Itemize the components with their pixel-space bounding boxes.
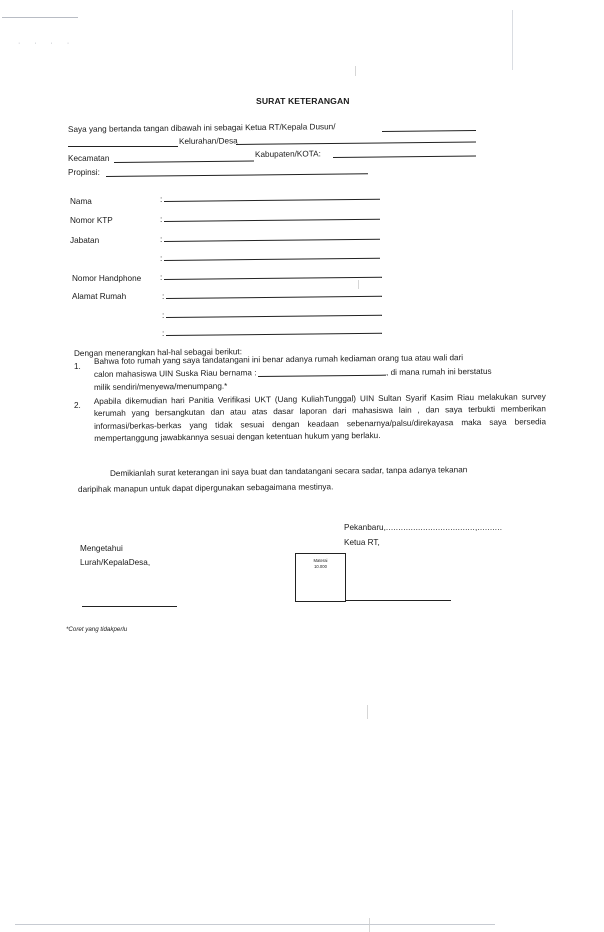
field-colon: :: [160, 194, 162, 207]
field-colon: :: [160, 253, 162, 266]
closing-line-2: daripihak manapun untuk dapat dipergunak…: [78, 481, 333, 496]
field-colon: :: [160, 272, 162, 285]
signature-right-role: Ketua RT,: [344, 537, 380, 550]
item-2-text: Apabila dikemudian hari Panitia Verifika…: [94, 391, 546, 445]
dusun-blank-cont[interactable]: [68, 146, 178, 147]
field-colon: :: [160, 214, 162, 227]
item-1-line-3: milik sendiri/menyewa/menumpang.*: [94, 381, 227, 395]
signature-left-line-1: Mengetahui: [80, 543, 123, 556]
field-colon: :: [162, 291, 164, 304]
propinsi-blank[interactable]: [106, 173, 368, 177]
scan-artifact-mark: [367, 705, 370, 719]
student-name-blank[interactable]: [258, 375, 386, 377]
closing-line-1: Demikianlah surat keterangan ini saya bu…: [110, 464, 467, 480]
scan-artifact-mark: [358, 280, 361, 289]
field-colon: :: [162, 310, 164, 323]
field-handphone-blank[interactable]: [164, 277, 382, 280]
dusun-blank[interactable]: [382, 130, 476, 132]
kabupaten-label: Kabupaten/KOTA:: [255, 148, 321, 161]
scanned-document-page: · · · · SURAT KETERANGAN Saya yang berta…: [0, 0, 604, 932]
materai-stamp-box: Materai 10.000: [295, 553, 346, 602]
item-1-number: 1.: [74, 361, 81, 374]
stamp-value: 10.000: [296, 564, 345, 570]
header-line-2: Kelurahan/Desa: [179, 135, 238, 148]
kelurahan-desa-blank[interactable]: [236, 141, 476, 145]
item-1-line-2b: , di mana rumah ini berstatus: [386, 366, 492, 380]
header-line-1: Saya yang bertanda tangan dibawah ini se…: [68, 121, 336, 136]
scan-artifact-bottom-line: [15, 924, 495, 925]
field-label-nama: Nama: [70, 196, 92, 209]
propinsi-label: Propinsi:: [68, 167, 100, 180]
scan-artifact-top-line: [2, 17, 78, 18]
kabupaten-blank[interactable]: [333, 156, 476, 158]
field-nama-blank[interactable]: [164, 199, 380, 202]
signature-left-line-2: Lurah/KepalaDesa,: [80, 557, 150, 570]
scan-artifact-dots: · · · ·: [18, 40, 75, 47]
field-label-nomor-handphone: Nomor Handphone: [72, 273, 141, 286]
field-alamat-blank-2[interactable]: [166, 315, 382, 318]
item-2-number: 2.: [74, 400, 81, 413]
date-blank[interactable]: ....................................,...…: [386, 523, 502, 532]
field-colon: :: [162, 328, 164, 341]
field-alamat-blank-1[interactable]: [166, 296, 382, 299]
scan-artifact-mark: [355, 66, 358, 76]
lurah-signature-line[interactable]: [82, 606, 177, 607]
item-1-line-2a: calon mahasiswa UIN Suska Riau bernama :: [94, 367, 257, 381]
kecamatan-blank[interactable]: [114, 161, 254, 163]
signature-right-place-date: Pekanbaru,..............................…: [344, 522, 502, 535]
field-alamat-blank-3[interactable]: [166, 333, 382, 336]
scan-artifact-right-edge: [512, 10, 513, 70]
kecamatan-label: Kecamatan: [68, 153, 109, 166]
field-label-nomor-ktp: Nomor KTP: [70, 215, 113, 228]
field-ktp-blank[interactable]: [164, 219, 380, 222]
place-label: Pekanbaru,: [344, 523, 386, 532]
document-title: SURAT KETERANGAN: [256, 96, 350, 106]
scan-artifact-mark: [369, 918, 372, 932]
footnote: *Coret yang tidakperlu: [66, 626, 127, 633]
field-jabatan-blank-2[interactable]: [164, 258, 380, 261]
ketua-rt-signature-line[interactable]: [345, 600, 451, 601]
field-colon: :: [160, 234, 162, 247]
field-label-jabatan: Jabatan: [70, 235, 99, 248]
field-jabatan-blank[interactable]: [164, 239, 380, 242]
field-label-alamat-rumah: Alamat Rumah: [72, 291, 126, 304]
